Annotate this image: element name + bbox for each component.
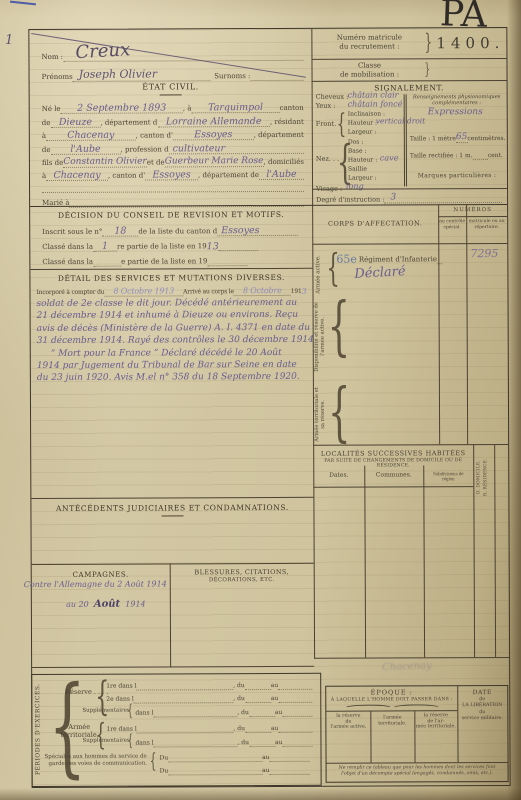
dotted-fill <box>245 682 271 690</box>
field: 1 <box>93 241 117 252</box>
dotted-fill <box>249 739 275 747</box>
unit-number: 65e <box>336 254 357 265</box>
name-value: Creux <box>75 41 131 62</box>
field: Essoyes <box>173 130 254 141</box>
handwritten-value: Chacenay <box>53 169 100 180</box>
handwritten-value: 13 <box>207 242 219 252</box>
education-label: Degré d'instruction : <box>316 196 384 203</box>
localites-title: LOCALITÉS SUCCESSIVES HABITÉES <box>313 449 473 458</box>
periodes-row2: 2e dans l , du au <box>106 693 312 704</box>
handwritten-value: 3 <box>302 288 307 296</box>
field: l'Aube <box>50 144 120 155</box>
printed-label: , résidant <box>270 119 304 127</box>
services-line: 1914 par Jugement du Tribunal de Bar sur… <box>37 359 309 373</box>
dotted-fill <box>270 754 310 762</box>
classe-label: Classe de mobilisation : <box>324 61 414 79</box>
services-line: 21 décembre 1914 et inhumé à Dieuze ou e… <box>37 309 309 323</box>
handwritten-value: Essoyes <box>194 129 232 140</box>
declare-note: Déclaré <box>354 265 406 281</box>
forehead-label: Front. <box>316 121 336 128</box>
etat-civil-line1: Né le 2 Septembre 1893 , à Tarquimpol ca… <box>42 101 304 114</box>
matricule-label: Numéro matricule du recrutement : <box>317 33 421 51</box>
handwritten-value: 1 <box>102 240 108 251</box>
handwritten-value: Chacenay <box>67 129 114 140</box>
epoque-col2-header: l'armée territoriale. <box>371 715 413 726</box>
matricule-value: 1400. <box>436 34 504 52</box>
etat-civil-line3: à Chacenay , canton d' Essoyes , départe… <box>42 128 304 141</box>
communes-column-header: Communes. <box>364 471 423 478</box>
field: l'Aube <box>259 169 304 180</box>
field: Lorraine Allemande <box>157 116 270 127</box>
handwritten-value: au 20 <box>66 600 89 609</box>
printed-label: , du <box>233 684 245 691</box>
nose-base-label: Base : <box>348 149 367 156</box>
territoriale-reserve-label: Armée territoriale et sa réserve. <box>314 385 326 445</box>
field: 8 Octobre <box>234 287 291 296</box>
printed-label: de la liste du canton d <box>138 229 217 237</box>
matricule-repertoire-header: matricule ou au répertoire. <box>467 219 506 230</box>
printed-label: , canton d' <box>108 173 145 181</box>
hair-label: Cheveux : <box>316 94 349 101</box>
printed-label: , département d <box>100 120 157 128</box>
printed-label: dans l <box>135 711 153 718</box>
distinguishing-marks-label: Marques particulières : <box>410 172 504 179</box>
hair-value: châtain clair <box>348 91 399 99</box>
dotted-fill <box>154 739 238 747</box>
handwritten-value: 18 <box>114 225 126 236</box>
handwritten-value: Constantin Olivier <box>63 157 146 167</box>
matricule-label-line1: Numéro matricule <box>317 33 421 42</box>
services-line: 31 décembre 1914. Rayé des contrôles le … <box>37 334 309 348</box>
handwritten-value: 2 Septembre 1893 <box>77 102 166 113</box>
decision-title: DÉCISION DU CONSEIL DE REVISION ET MOTIF… <box>30 210 312 220</box>
dotted-fill <box>93 259 121 267</box>
firstname-row: Prénoms Joseph Olivier Surnoms : <box>42 69 304 82</box>
epoque-col1-header: la réserve de l'armée active. <box>327 714 369 731</box>
nose-projection-label: Saillie <box>348 167 367 174</box>
field: 2 Septembre 1893 <box>61 103 183 114</box>
handwritten-value: 8 Octobre 1913 <box>113 286 174 295</box>
divider-line <box>312 188 507 190</box>
complementary-value: Expressions <box>428 108 483 117</box>
periodes-row6: Du au <box>160 752 310 763</box>
services-line: du 23 juin 1920. Avis M.el n° 358 du 18 … <box>37 371 309 385</box>
height-unit-label: centimètres. <box>467 136 505 143</box>
printed-label: , profession d <box>120 147 168 155</box>
printed-label: , du <box>233 697 245 704</box>
divider-line <box>438 204 440 444</box>
printed-label: , du <box>237 710 249 717</box>
divider-line <box>312 80 507 82</box>
field: Essoyes <box>145 170 198 181</box>
unit-name: Régiment d'Infanterie <box>359 257 437 265</box>
divider-line <box>473 444 475 657</box>
printed-label: canton <box>280 105 304 113</box>
nose-bridge-label: Dos : <box>348 140 363 147</box>
printed-label: 1re dans l <box>106 684 136 691</box>
localites-subtitle: PAR SUITE DE CHANGEMENTS DE DOMICILE OU … <box>313 458 473 469</box>
dotted-fill <box>282 739 312 747</box>
scanned-military-record: PA 1 Nom : Creux Prénoms Joseph Olivier … <box>0 0 521 800</box>
divider-line <box>312 243 507 245</box>
brace-glyph: { <box>95 721 106 751</box>
brace-glyph: { <box>337 111 347 138</box>
campagnes-entry-line1: Contre l'Allemagne du 2 Août 1914 <box>24 580 167 589</box>
printed-label: au <box>275 710 282 717</box>
brace-glyph: } <box>424 32 432 54</box>
printed-label: Classé dans la <box>42 244 93 252</box>
printed-label: de <box>42 120 51 128</box>
divider-line <box>466 204 468 444</box>
services-title: DÉTAIL DES SERVICES ET MUTATIONS DIVERSE… <box>30 273 312 283</box>
decision-line2: Classé dans la 1 re partie de la liste e… <box>42 239 298 252</box>
margin-number: 1 <box>5 34 13 47</box>
supplementaires-label: Supplémentaires <box>82 738 129 744</box>
etat-civil-line5: fils de Constantin Olivier et de Guerbeu… <box>42 155 304 168</box>
handwritten-value: Tarquimpol <box>208 102 263 113</box>
header-line: l'armée active. <box>327 725 369 731</box>
campagnes-entry-line2: au 20 Août 1914 <box>50 591 162 610</box>
handwritten-value: 1914 <box>125 600 145 609</box>
armee-active-label: Armée active. <box>315 253 321 297</box>
printed-label: , à <box>183 106 192 114</box>
field: Constantin Olivier <box>63 158 147 168</box>
header-line: territoriale. <box>371 721 413 727</box>
title-ornament <box>160 94 182 95</box>
epoque-col3-header: la réserve de l'ar- mée territoriale. <box>415 713 456 730</box>
printed-label: au <box>275 740 282 747</box>
divider-line <box>30 268 312 270</box>
signalement-block: Cheveux : châtain clair Yeux : châtain f… <box>312 92 507 189</box>
field: Tarquimpol <box>191 102 279 113</box>
dotted-fill <box>437 256 442 264</box>
periodes-row4: 1re dans l , du au <box>106 723 312 734</box>
periodes-row7: Du au <box>160 765 310 776</box>
dotted-fill <box>249 709 275 717</box>
nose-value: cave <box>380 154 399 162</box>
divider-line <box>311 58 506 60</box>
firstname-label: Prénoms <box>42 74 73 82</box>
dotted-fill <box>219 243 259 251</box>
page-edge-shadow-bottom <box>0 788 521 800</box>
nose-height-label: Hauteur : <box>348 158 377 165</box>
divider-line <box>31 497 313 499</box>
dotted-fill <box>154 709 238 717</box>
handwritten-value: l'Aube <box>266 168 296 179</box>
dotted-fill <box>168 767 262 775</box>
printed-label: Né le <box>42 106 61 114</box>
complementary-label: Renseignements physionomiques complément… <box>410 94 504 106</box>
divider-line <box>327 762 508 764</box>
etat-civil-line4: de l'Aube , profession d cultivateur <box>42 142 304 155</box>
firstname-field: Joseph Olivier <box>73 64 211 82</box>
domicile-side-label: D. DOMICILE. <box>476 448 481 506</box>
printed-label: , canton d' <box>136 133 173 141</box>
periodes-side-label: PÉRIODES D'EXERCICES. <box>34 683 41 775</box>
name-field: Creux <box>63 42 304 62</box>
header-line: mée territoriale. <box>415 724 456 730</box>
matricule-label-line2: du recrutement : <box>317 42 421 51</box>
numeros-header: NUMÉROS <box>438 207 507 213</box>
firstname-value: Joseph Olivier <box>79 67 157 80</box>
printed-label: au <box>262 755 269 762</box>
height-row: Taille : 1 mètre 65 centimètres. <box>410 132 503 143</box>
printed-label: , département <box>254 132 304 140</box>
divider-line <box>313 444 508 446</box>
epoque-title: ÉPOQUE : <box>326 688 457 697</box>
divider-line <box>313 486 473 488</box>
divider-line <box>314 657 509 659</box>
bleed-through-handwriting: Chacenay <box>382 660 432 673</box>
printed-label: 191 <box>291 289 302 296</box>
corrected-height-label: Taille rectifiée : 1 m. <box>410 154 473 161</box>
dotted-fill <box>278 695 312 703</box>
printed-label: , du <box>233 727 245 734</box>
dotted-fill <box>278 725 312 733</box>
field: Chacenay <box>46 170 108 181</box>
form-sheet: Nom : Creux Prénoms Joseph Olivier Surno… <box>28 27 510 788</box>
periodes-row1: 1re dans l , du au <box>106 680 312 691</box>
eyes-value: châtain foncé <box>348 100 403 108</box>
etat-civil-line2: de Dieuze , département d Lorraine Allem… <box>42 115 304 128</box>
corrected-height-row: Taille rectifiée : 1 m. cent. <box>410 149 503 160</box>
etat-civil-blank-line <box>42 182 304 193</box>
corps-affectation-header: CORPS D'AFFECTATION. <box>312 219 438 228</box>
classe-label-line2: de mobilisation : <box>325 70 415 79</box>
controle-special-header: au contrôle spécial. <box>439 219 465 230</box>
field: Essoyes <box>217 225 298 236</box>
divider-line <box>326 710 457 712</box>
dotted-fill <box>168 754 262 762</box>
name-row: Nom : Creux <box>41 43 303 62</box>
brace-glyph: } <box>424 61 430 77</box>
supplementaires-label: Supplémentaires <box>82 708 129 714</box>
field: 18 <box>102 226 138 237</box>
forehead-value: vertical droit <box>376 117 425 125</box>
brace-glyph: { <box>328 381 351 445</box>
dotted-fill <box>278 682 312 690</box>
epoque-footnote: Ne remplir ce tableau que pour les homme… <box>331 765 504 778</box>
periodes-box: PÉRIODES D'EXERCICES. { Réserve . . . . … <box>31 673 321 787</box>
subdivisions-column-header: Subdivisions de région <box>427 472 470 482</box>
printed-label: Du <box>160 769 169 776</box>
handwritten-value: Essoyes <box>221 225 259 236</box>
height-value: 65 <box>456 132 467 142</box>
speciales-label-line2: garde des voies de communication. <box>49 761 147 767</box>
campagnes-title: CAMPAGNES. <box>32 570 170 579</box>
handwritten-value: l'Aube <box>70 143 100 154</box>
height-label: Taille : 1 mètre <box>410 137 456 144</box>
title-ornament <box>161 515 183 516</box>
corrected-height-unit: cent. <box>488 153 503 160</box>
matricule-number-value: 7295 <box>470 248 498 259</box>
field: Dieuze <box>50 117 100 128</box>
decision-line1: Inscrit sous le n° 18 de la liste du can… <box>42 224 298 237</box>
incorporation-row: Incorporé à compter du 8 Octobre 1913 Ar… <box>36 285 306 297</box>
epoque-box: ÉPOQUE : À LAQUELLE L'HOMME DOIT PASSER … <box>325 685 508 783</box>
date-liberation-header: DATE de LA LIBÉRATION du service militai… <box>458 690 506 723</box>
periodes-row5: dans l , du au <box>135 737 312 748</box>
dotted-fill <box>134 695 234 703</box>
printed-label: Inscrit sous le n° <box>42 229 102 237</box>
page-edge-shadow-right <box>507 0 521 800</box>
brace-glyph: { <box>149 750 156 770</box>
divider-line <box>32 563 314 565</box>
printed-label: Du <box>160 756 169 763</box>
etat-civil-title: ÉTAT CIVIL. <box>30 82 312 92</box>
dotted-fill <box>137 682 234 690</box>
printed-label: au <box>271 696 278 703</box>
field: 3 <box>384 193 502 204</box>
forehead-height-label: Hauteur : <box>348 121 377 128</box>
header-line: LA LIBÉRATION <box>458 703 506 710</box>
etat-civil-line6: à Chacenay , canton d' Essoyes , départe… <box>42 168 304 181</box>
surname-label: Surnoms : <box>214 73 250 81</box>
printed-label: e partie de la liste en 19 <box>121 259 207 267</box>
header-line: service militaire. <box>458 716 506 723</box>
blue-pen-mark <box>10 1 36 6</box>
antecedents-title: ANTÉCÉDENTS JUDICIAIRES ET CONDAMNATIONS… <box>31 503 313 513</box>
services-handwritten-block: soldat de 2e classe le dit jour. Décédé … <box>37 297 309 385</box>
handwritten-value: Essoyes <box>152 169 190 180</box>
printed-label: re partie de la liste en 19 <box>117 244 207 252</box>
field: cultivateur <box>169 143 304 154</box>
printed-label: au <box>262 768 269 775</box>
printed-label: Arrivé au corps le <box>183 290 234 297</box>
handwritten-value: 8 Octobre <box>243 286 282 295</box>
dotted-fill <box>245 725 271 733</box>
printed-label: , domiciliés <box>264 159 304 167</box>
handwritten-value: cultivateur <box>173 143 226 154</box>
brace-glyph: { <box>328 295 351 359</box>
divider-line <box>364 466 366 658</box>
handwritten-value: Dieuze <box>59 116 92 127</box>
printed-label: fils de <box>42 160 63 168</box>
handwritten-value: Guerbeur Marie Rose <box>165 156 264 166</box>
disponibilite-label: Disponibilité et réserve de l'armée acti… <box>314 295 326 379</box>
printed-label: et de <box>147 160 165 168</box>
handwritten-value-dark: Août <box>94 599 120 610</box>
brace-glyph: { <box>127 703 133 719</box>
field: 8 Octobre 1913 <box>104 287 183 296</box>
epoque-subtitle: À LAQUELLE L'HOMME DOIT PASSER DANS : <box>326 697 457 703</box>
printed-label: , département de <box>198 172 259 180</box>
periodes-row3: dans l , du au <box>135 707 312 718</box>
brace-glyph: { <box>127 733 133 749</box>
dotted-fill <box>473 152 488 160</box>
dotted-fill <box>282 709 312 717</box>
printed-label: au <box>271 683 278 690</box>
divider-line <box>494 444 496 657</box>
printed-label: au <box>271 726 278 733</box>
dates-column-header: Dates. <box>313 472 364 479</box>
dotted-fill <box>250 73 303 81</box>
printed-label: de <box>42 147 51 155</box>
classe-label-line1: Classe <box>324 61 414 70</box>
printed-label: , du <box>237 740 249 747</box>
field: Guerbeur Marie Rose <box>165 157 264 167</box>
decision-line3: Classé dans la e partie de la liste en 1… <box>42 254 298 267</box>
name-label: Nom : <box>41 54 63 62</box>
printed-label: Incorporé à compter du <box>36 290 104 297</box>
services-line: soldat de 2e classe le dit jour. Décédé … <box>37 297 309 311</box>
nose-label: Nez. . . <box>316 156 339 163</box>
divider-line <box>438 216 507 217</box>
services-line: “ Mort pour la France ” Déclaré décédé l… <box>37 346 309 360</box>
handwritten-value: Lorraine Allemande <box>166 116 262 127</box>
eyes-label: Yeux : <box>316 103 336 110</box>
dotted-fill <box>137 725 234 733</box>
speciales-label-line1: Spéciales aux hommes du service de <box>45 754 147 760</box>
blessures-title: BLESSURES, CITATIONS, <box>170 568 314 577</box>
dotted-fill <box>207 258 247 266</box>
field: 65 <box>456 133 467 143</box>
printed-label: dans l <box>135 741 153 748</box>
dotted-fill <box>42 184 304 193</box>
dotted-fill <box>270 767 310 775</box>
blessures-subtitle: DÉCORATIONS, ETC. <box>170 577 314 584</box>
printed-label: Classé dans la <box>42 259 93 267</box>
dotted-fill <box>245 695 271 703</box>
education-row: Degré d'instruction : 3 <box>316 191 502 204</box>
services-line: avis de décès (Ministère de la Guerre) A… <box>37 322 309 336</box>
residence-side-label: R. RÉSIDENCE. <box>483 448 488 506</box>
complementary-label-line2: complémentaires : <box>410 100 504 106</box>
field: Chacenay <box>46 130 136 141</box>
unit-row: 65e Régiment d'Infanterie <box>336 252 436 264</box>
divider-line <box>406 94 407 186</box>
education-value: 3 <box>390 192 396 202</box>
divider-line <box>423 465 425 657</box>
